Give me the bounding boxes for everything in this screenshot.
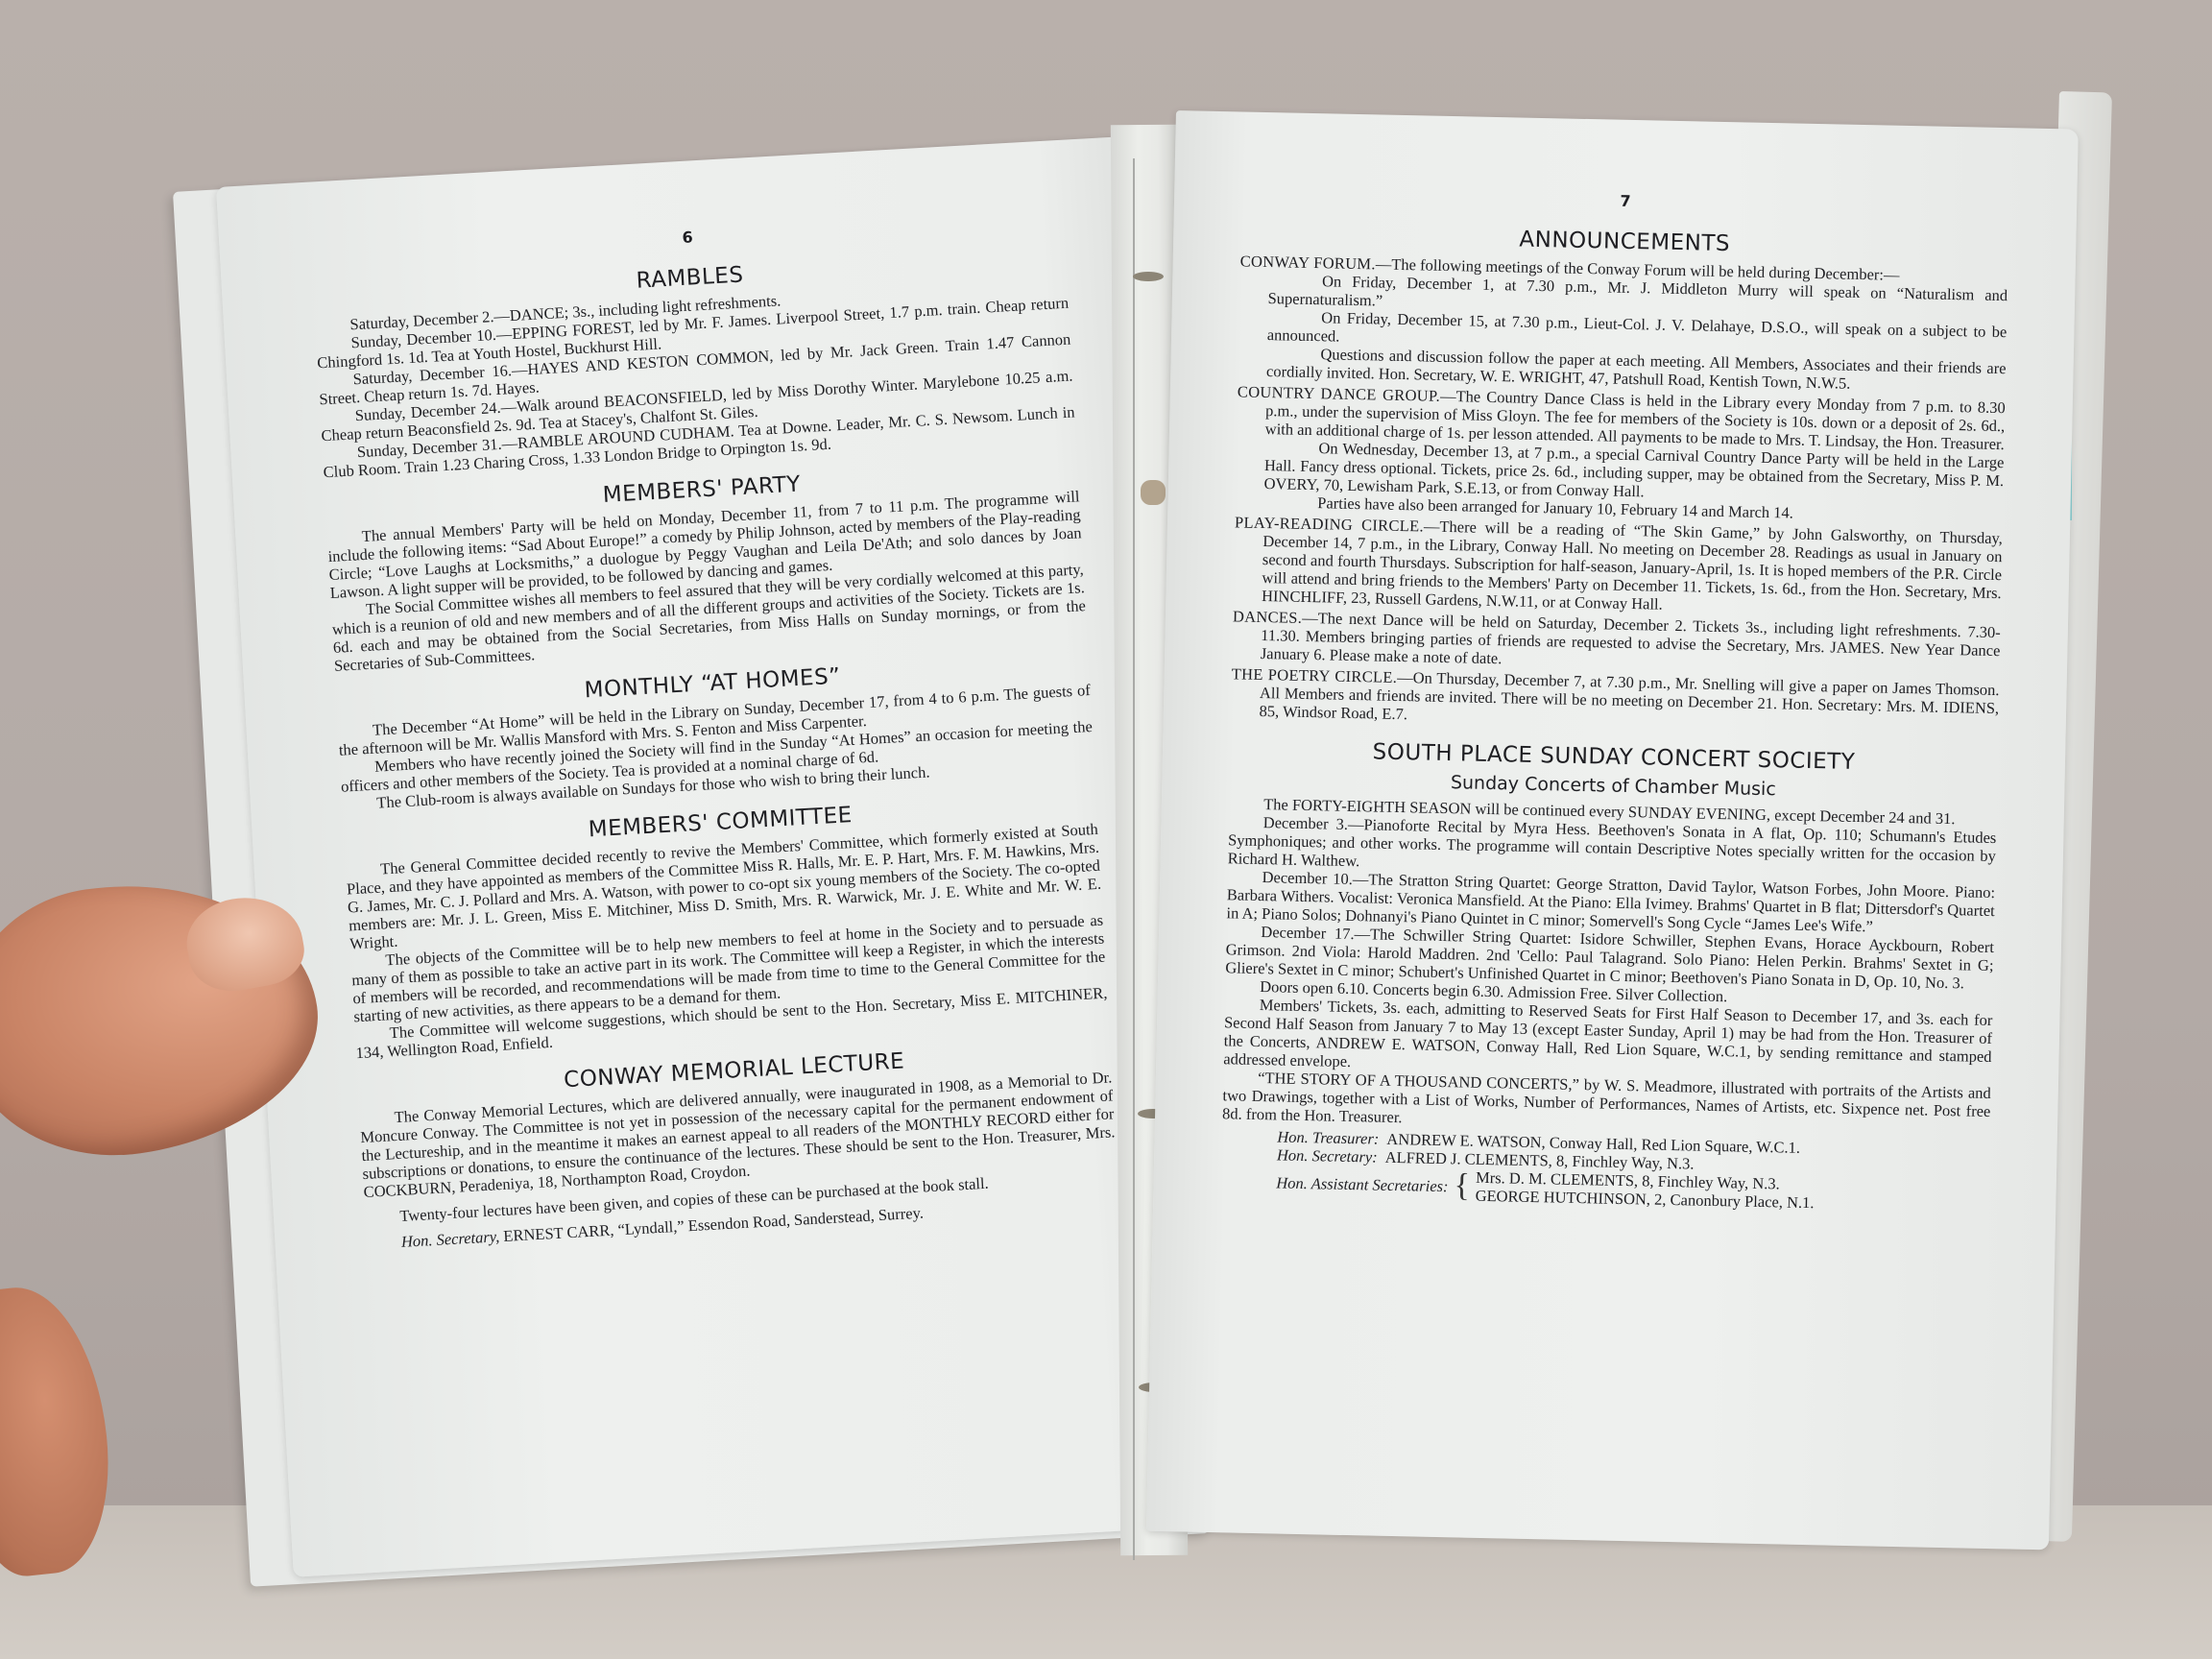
officer-label: Hon. Assistant Secretaries:	[1276, 1173, 1449, 1195]
announcements-section: ANNOUNCEMENTS CONWAY FORUM.—The followin…	[1231, 221, 2009, 735]
notice-lead: CONWAY FORUM.	[1240, 252, 1376, 273]
hon-secretary-label: Hon. Secretary,	[400, 1227, 499, 1251]
page-6: 6 RAMBLES Saturday, December 2.—DANCE; 3…	[216, 136, 1204, 1577]
rambles-section: RAMBLES Saturday, December 2.—DANCE; 3s.…	[313, 245, 1076, 482]
binding-stitch	[1141, 480, 1166, 505]
play-reading-circle-notice: PLAY-READING CIRCLE.—There will be a rea…	[1233, 513, 2003, 620]
members-committee-section: MEMBERS' COMMITTEE The General Committee…	[344, 789, 1109, 1062]
conway-forum-notice: CONWAY FORUM.—The following meetings of …	[1238, 252, 2008, 396]
officer-label: Hon. Secretary:	[1277, 1145, 1378, 1166]
officers-list: Hon. Treasurer: ANDREW E. WATSON, Conway…	[1220, 1126, 1989, 1215]
conway-memorial-lecture-section: CONWAY MEMORIAL LECTURE The Conway Memor…	[357, 1037, 1119, 1253]
country-dance-group-notice: COUNTRY DANCE GROUP.—The Country Dance C…	[1235, 382, 2006, 526]
members-party-section: MEMBERS' PARTY The annual Members' Party…	[325, 456, 1087, 675]
officer-label: Hon. Treasurer:	[1277, 1127, 1379, 1147]
page-7: 7 ANNOUNCEMENTS CONWAY FORUM.—The follow…	[1146, 110, 2079, 1550]
concert-society-section: SOUTH PLACE SUNDAY CONCERT SOCIETY Sunda…	[1220, 736, 1998, 1215]
notice-lead: THE POETRY CIRCLE.	[1232, 664, 1398, 686]
spine-gutter	[1133, 158, 1135, 1560]
brace-glyph: {	[1454, 1169, 1470, 1202]
notice-lead: DANCES.	[1233, 607, 1303, 627]
binding-stitch	[1133, 272, 1164, 281]
page-number: 7	[1241, 183, 2009, 218]
monthly-at-homes-section: MONTHLY “AT HOMES” The December “At Home…	[336, 650, 1095, 814]
officer-values: Mrs. D. M. CLEMENTS, 8, Finchley Way, N.…	[1475, 1168, 1815, 1212]
